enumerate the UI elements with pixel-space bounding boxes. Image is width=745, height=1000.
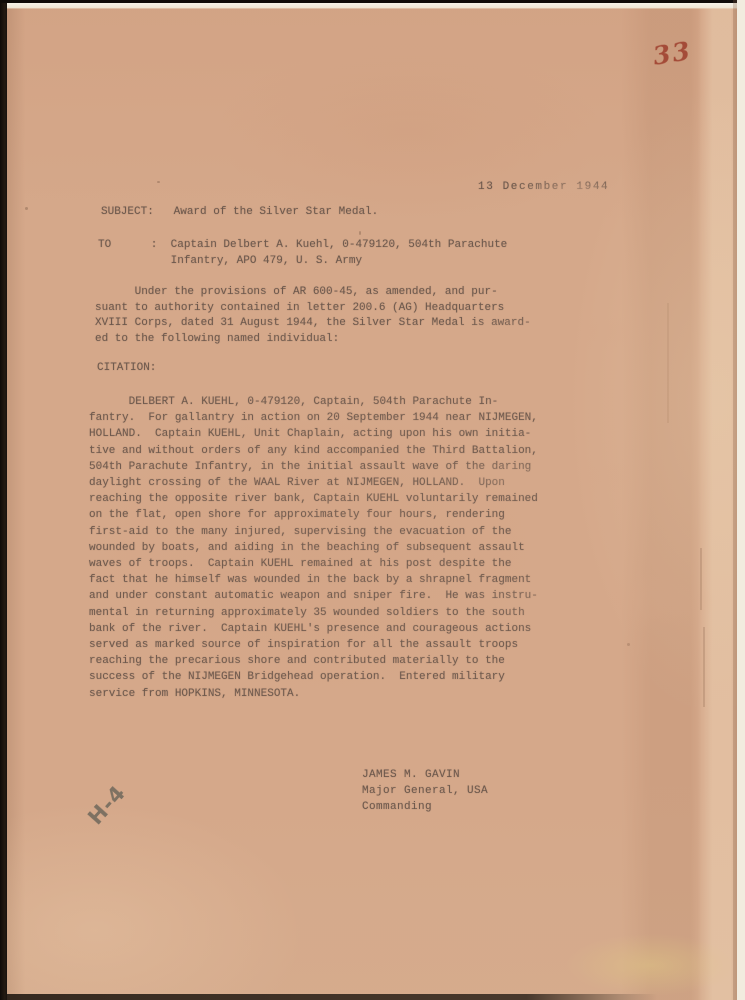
signature-name: JAMES M. GAVIN [362,767,460,783]
subject-line: SUBJECT: Award of the Silver Star Medal. [101,204,378,220]
fold-line-1 [700,548,702,610]
pencil-annotation: H-4 [83,781,130,830]
paper-speck [359,231,361,235]
signature-rank: Major General, USA [362,783,488,799]
scanned-document: 13 December 1944 SUBJECT: Award of the S… [0,0,745,1000]
authority-paragraph: Under the provisions of AR 600-45, as am… [95,285,531,347]
citation-body: DELBERT A. KUEHL, 0-479120, Captain, 504… [89,394,538,702]
document-page: 13 December 1944 SUBJECT: Award of the S… [7,3,738,1000]
fold-line-2 [703,627,705,707]
citation-heading: CITATION: [97,360,156,376]
fold-line-3 [667,303,669,423]
signature-title: Commanding [362,799,432,815]
paper-speck [25,207,28,210]
paper-speck [627,643,630,646]
to-block: TO : Captain Delbert A. Kuehl, 0-479120,… [98,237,507,269]
scanner-edge-right [737,0,745,1000]
scanner-edge-left [0,0,7,1000]
date-line: 13 December 1944 [478,179,609,195]
archive-number-handwritten: 33 [651,36,694,71]
paper-speck [157,181,160,183]
